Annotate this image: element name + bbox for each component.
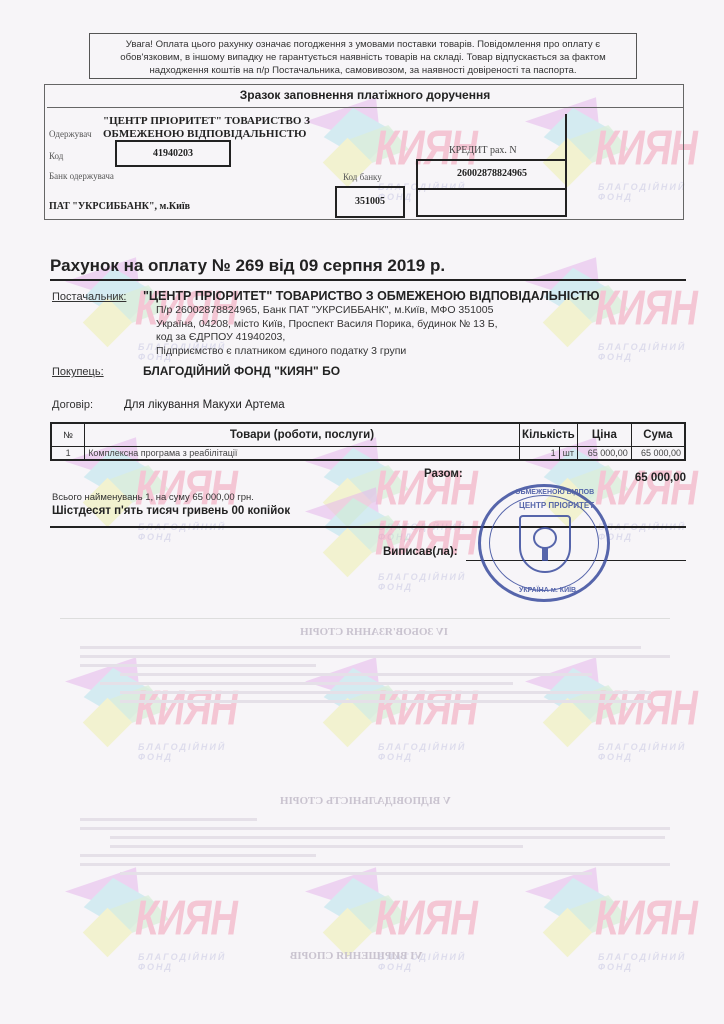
tree-icon [533, 527, 557, 549]
stamp-middle-text: ЦЕНТР ПРІОРИТЕТ [519, 501, 594, 510]
buyer-name: БЛАГОДІЙНИЙ ФОНД "КИЯН" БО [143, 364, 340, 378]
payment-order-sample: Зразок заповнення платіжного доручення "… [44, 84, 684, 220]
summary-line: Всього найменувань 1, на суму 65 000,00 … [52, 492, 254, 503]
credit-label: КРЕДИТ рах. N [449, 145, 517, 156]
contract-value: Для лікування Макухи Артема [124, 399, 285, 411]
amount-in-words: Шістдесят п'ять тисяч гривень 00 копійок [52, 505, 290, 517]
cell-no: 1 [51, 447, 85, 461]
bleed-heading: V ВІДПОВІДАЛЬНІСТЬ СТОРІН [280, 795, 451, 807]
supplier-detail-line: П/р 26002878824965, Банк ПАТ "УКРСИББАНК… [156, 304, 498, 318]
items-table: № Товари (роботи, послуги) Кількість Цін… [50, 422, 686, 461]
cell-price: 65 000,00 [578, 447, 632, 461]
notice-line: обов'язковим, в іншому випадку не гарант… [90, 51, 636, 64]
issued-by-label: Виписав(ла): [383, 546, 458, 558]
bank-label: Банк одержувача [49, 171, 114, 181]
code-label: Код [49, 151, 63, 161]
supplier-detail-line: Україна, 04208, місто Київ, Проспект Вас… [156, 318, 498, 332]
stamp-top-text: ОБМЕЖЕНОЮ ВІДПОВ [515, 489, 594, 496]
total-label: Разом: [424, 468, 463, 480]
bleed-heading: ІV ЗОБОВ'ЯЗАННЯ СТОРІН [300, 626, 448, 638]
col-header-goods: Товари (роботи, послуги) [85, 423, 520, 447]
company-stamp: ОБМЕЖЕНОЮ ВІДПОВ ЦЕНТР ПРІОРИТЕТ УКРАЇНА… [478, 484, 610, 602]
contract-label: Договір: [52, 399, 93, 411]
kiyan-watermark-logo: КИЯНБЛАГОДІЙНИЙ ФОНД [520, 250, 690, 360]
stamp-bottom-text: УКРАЇНА м. КИЇВ [519, 587, 576, 594]
supplier-detail-line: Підприємство є платником єдиного податку… [156, 345, 498, 359]
col-header-no: № [51, 423, 85, 447]
payment-sample-title: Зразок заповнення платіжного доручення [45, 88, 685, 102]
cell-unit: шт [559, 447, 577, 461]
supplier-details: П/р 26002878824965, Банк ПАТ "УКРСИББАНК… [156, 304, 498, 358]
table-header-row: № Товари (роботи, послуги) Кількість Цін… [51, 423, 685, 447]
bank-name: ПАТ "УКРСИББАНК", м.Київ [49, 201, 190, 212]
cell-name: Комплексна програма з реабілітації [85, 447, 520, 461]
divider [565, 114, 567, 217]
kiyan-watermark-logo: КИЯНБЛАГОДІЙНИЙ ФОНД [300, 480, 470, 590]
divider [47, 107, 683, 108]
col-header-qty: Кількість [519, 423, 577, 447]
recipient-name-line2: ОБМЕЖЕНОЮ ВІДПОВІДАЛЬНІСТЮ [103, 128, 306, 140]
credit-account-box: 26002878824965 [416, 159, 566, 217]
col-header-sum: Сума [631, 423, 685, 447]
total-value: 65 000,00 [600, 472, 686, 484]
bank-code-label: Код банку [343, 172, 382, 182]
col-header-price: Ціна [578, 423, 632, 447]
stamp-shield-icon [519, 515, 571, 573]
code-field: 41940203 [115, 140, 231, 167]
notice-line: надходження коштів на п/р Постачальника,… [90, 64, 636, 77]
bleed-line [60, 618, 670, 619]
supplier-name: "ЦЕНТР ПРІОРИТЕТ" ТОВАРИСТВО З ОБМЕЖЕНОЮ… [143, 289, 599, 303]
cell-qty: 1 [519, 447, 559, 461]
bleed-heading: VI ВИРІШЕННЯ СПОРІВ [290, 950, 422, 962]
supplier-label: Постачальник: [52, 291, 126, 303]
invoice-title: Рахунок на оплату № 269 від 09 серпня 20… [50, 256, 445, 276]
recipient-label: Одержувач [49, 129, 91, 139]
payment-notice: Увага! Оплата цього рахунку означає пого… [89, 33, 637, 79]
cell-sum: 65 000,00 [631, 447, 685, 461]
tree-trunk [542, 547, 548, 561]
buyer-label: Покупець: [52, 366, 104, 378]
bank-code-field: 351005 [335, 186, 405, 218]
bleed-text-block [80, 640, 670, 750]
divider [50, 279, 686, 281]
table-row: 1 Комплексна програма з реабілітації 1 ш… [51, 447, 685, 461]
recipient-name-line1: "ЦЕНТР ПРІОРИТЕТ" ТОВАРИСТВО З [103, 115, 310, 127]
credit-account: 26002878824965 [418, 161, 566, 190]
supplier-detail-line: код за ЄДРПОУ 41940203, [156, 331, 498, 345]
notice-line: Увага! Оплата цього рахунку означає пого… [90, 38, 636, 51]
bleed-text-block [80, 812, 670, 922]
